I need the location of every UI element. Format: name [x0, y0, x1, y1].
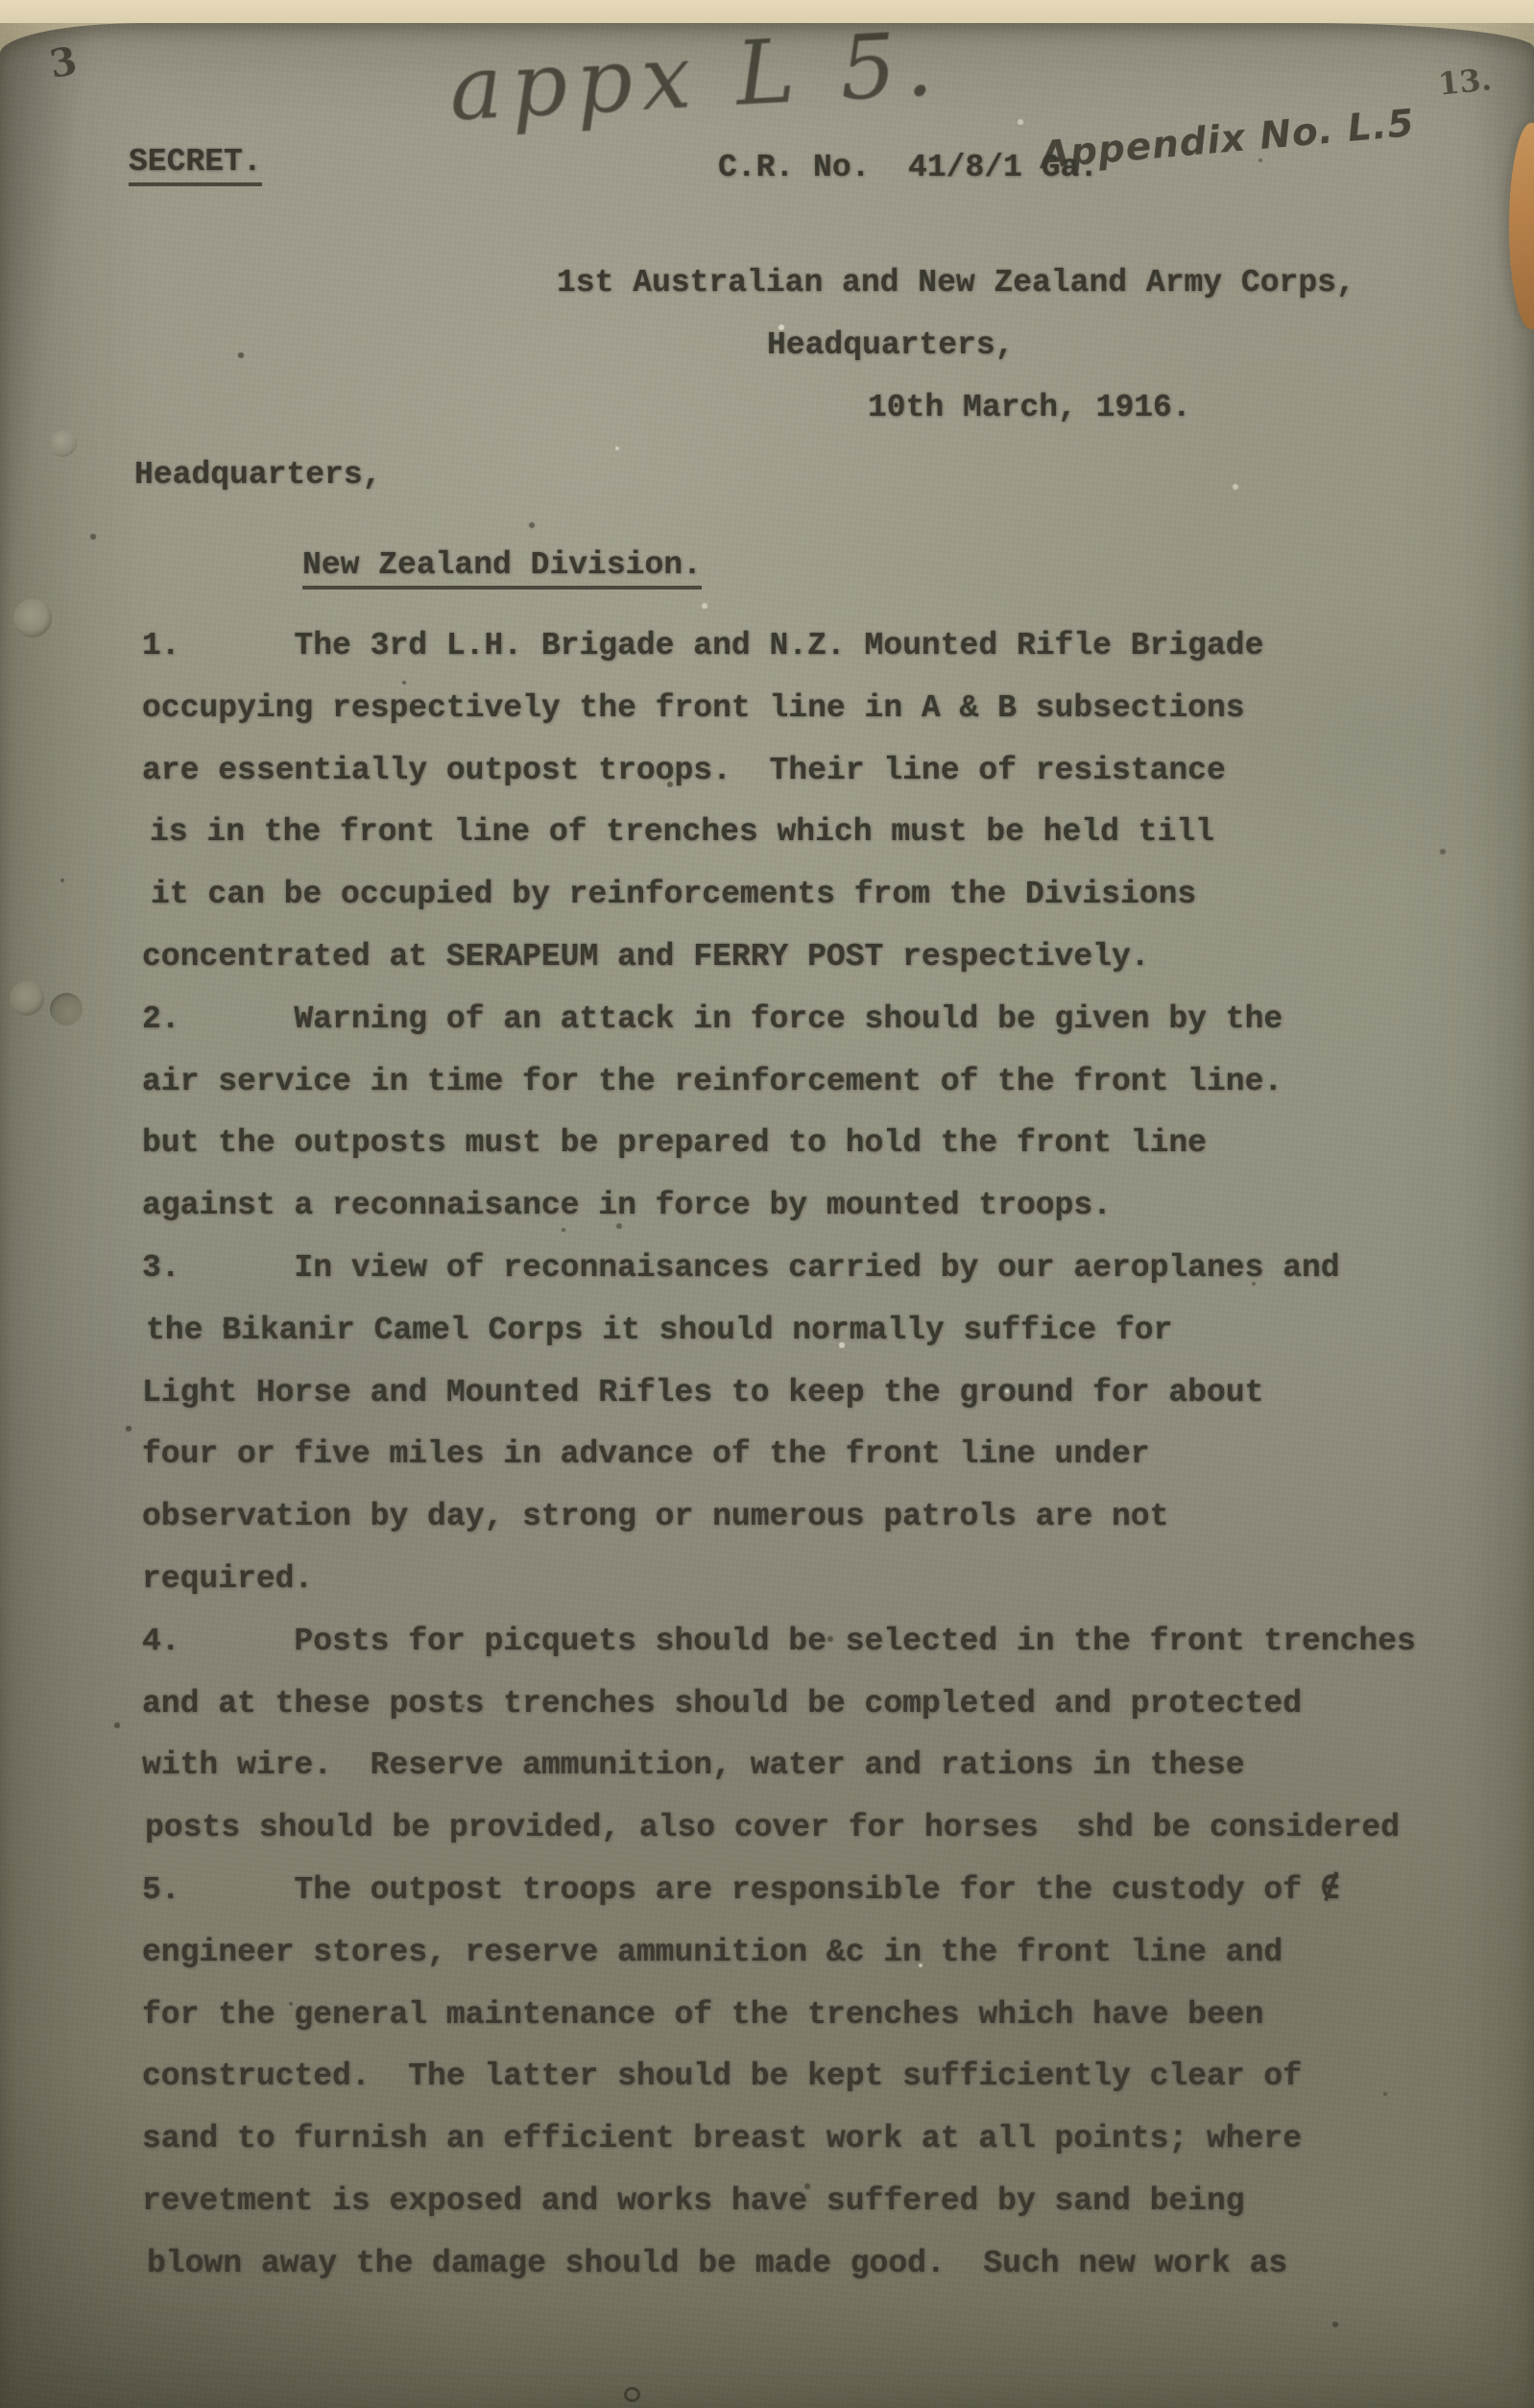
typed-line: it can be occupied by reinforcements fro…	[151, 864, 1425, 927]
typed-line: posts should be provided, also cover for…	[145, 1797, 1419, 1860]
page-number-top-left: 3	[46, 38, 81, 87]
typed-line: are essentially outpost troops. Their li…	[142, 740, 1416, 803]
punch-hole	[10, 981, 44, 1016]
reference-number: C.R. No. 41/8/1 Ga.	[718, 150, 1098, 185]
typed-line: 3. In view of reconnaisances carried by …	[142, 1238, 1416, 1300]
typed-line: but the outposts must be prepared to hol…	[142, 1113, 1416, 1175]
typed-line: and at these posts trenches should be co…	[142, 1674, 1416, 1736]
document-paper: 3 13. appx L 5. Appendix No. L.5 SECRET.…	[0, 23, 1534, 2408]
typed-line: is in the front line of trenches which m…	[150, 802, 1424, 864]
typed-line: constructed. The latter should be kept s…	[142, 2046, 1416, 2108]
punch-hole	[50, 993, 83, 1025]
typed-line: engineer stores, reserve ammunition &c i…	[142, 1922, 1416, 1985]
typed-line: concentrated at SERAPEUM and FERRY POST …	[142, 927, 1416, 989]
typed-body: 1. The 3rd L.H. Brigade and N.Z. Mounted…	[142, 615, 1416, 2296]
typed-line: 1. The 3rd L.H. Brigade and N.Z. Mounted…	[142, 615, 1416, 678]
typed-line: for the general maintenance of the trenc…	[142, 1985, 1416, 2047]
typed-line: Light Horse and Mounted Rifles to keep t…	[142, 1362, 1416, 1425]
typed-line: blown away the damage should be made goo…	[147, 2233, 1421, 2296]
punch-hole	[13, 599, 52, 638]
typed-line: revetment is exposed and works have suff…	[142, 2171, 1416, 2233]
typed-line: with wire. Reserve ammunition, water and…	[142, 1735, 1416, 1797]
letterhead-headquarters-line: Headquarters,	[767, 327, 1014, 363]
typed-line: 2. Warning of an attack in force should …	[142, 989, 1416, 1051]
letterhead-corps-line: 1st Australian and New Zealand Army Corp…	[557, 265, 1355, 301]
classification-secret: SECRET.	[129, 144, 262, 186]
typed-line: 5. The outpost troops are responsible fo…	[142, 1860, 1416, 1922]
letterhead-date-line: 10th March, 1916.	[868, 390, 1191, 425]
typed-line: required.	[142, 1549, 1416, 1611]
page-number-top-right: 13.	[1436, 60, 1493, 103]
typed-line: 4. Posts for picquets should be selected…	[142, 1611, 1416, 1674]
document-scan: 3 13. appx L 5. Appendix No. L.5 SECRET.…	[0, 0, 1534, 2408]
typed-line: observation by day, strong or numerous p…	[142, 1486, 1416, 1549]
subject-new-zealand-division: New Zealand Division.	[302, 547, 702, 590]
typed-line: the Bikanir Camel Corps it should normal…	[146, 1300, 1420, 1362]
punch-hole	[50, 430, 77, 457]
typed-line: sand to furnish an efficient breast work…	[142, 2108, 1416, 2171]
handwritten-appendix-annotation: appx L 5.	[447, 12, 945, 141]
typed-line: occupying respectively the front line in…	[142, 678, 1416, 740]
addressee-headquarters: Headquarters,	[134, 457, 381, 493]
typed-line: four or five miles in advance of the fro…	[142, 1424, 1416, 1486]
typed-line: air service in time for the reinforcemen…	[142, 1051, 1416, 1114]
typed-line: against a reconnaisance in force by moun…	[142, 1175, 1416, 1238]
ink-ring-mark	[624, 2387, 640, 2402]
